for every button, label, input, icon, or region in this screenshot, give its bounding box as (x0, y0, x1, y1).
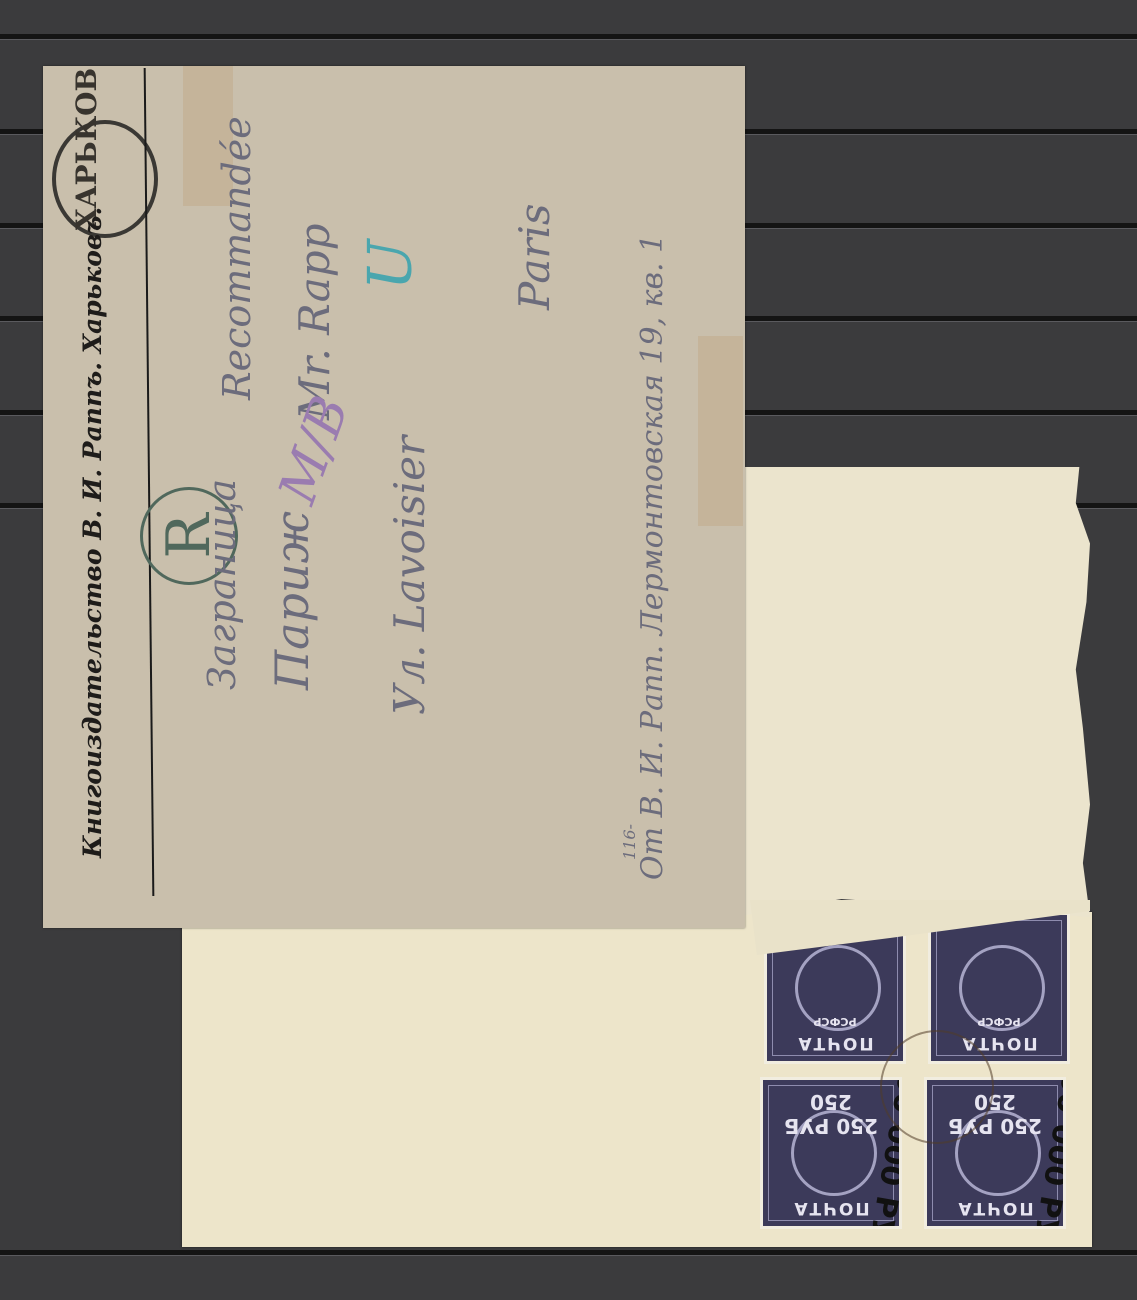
address-line: Mr. Rapp (290, 223, 339, 420)
address-line: Париж (265, 511, 319, 690)
blue-crayon-mark: U (355, 240, 425, 291)
address-line: Ул. Lavoisier (385, 436, 434, 715)
stock-strip (0, 1250, 1137, 1256)
address-line: Recommandée (215, 116, 259, 400)
address-line: Paris (510, 204, 559, 310)
stock-strip (0, 34, 1137, 40)
stamp-cancel (880, 1030, 994, 1144)
return-number: 116- (620, 824, 639, 860)
cover-flap (735, 467, 1090, 917)
postmark-city: ХАРЬКОВ (70, 68, 103, 230)
address-line: Заграница (200, 479, 244, 690)
sender-imprint: Книгоиздательство В. И. Раппъ. Харьковъ. (78, 207, 107, 858)
return-address: От В. И. Рапп. Лермонтовская 19, кв. 1 (635, 234, 670, 880)
